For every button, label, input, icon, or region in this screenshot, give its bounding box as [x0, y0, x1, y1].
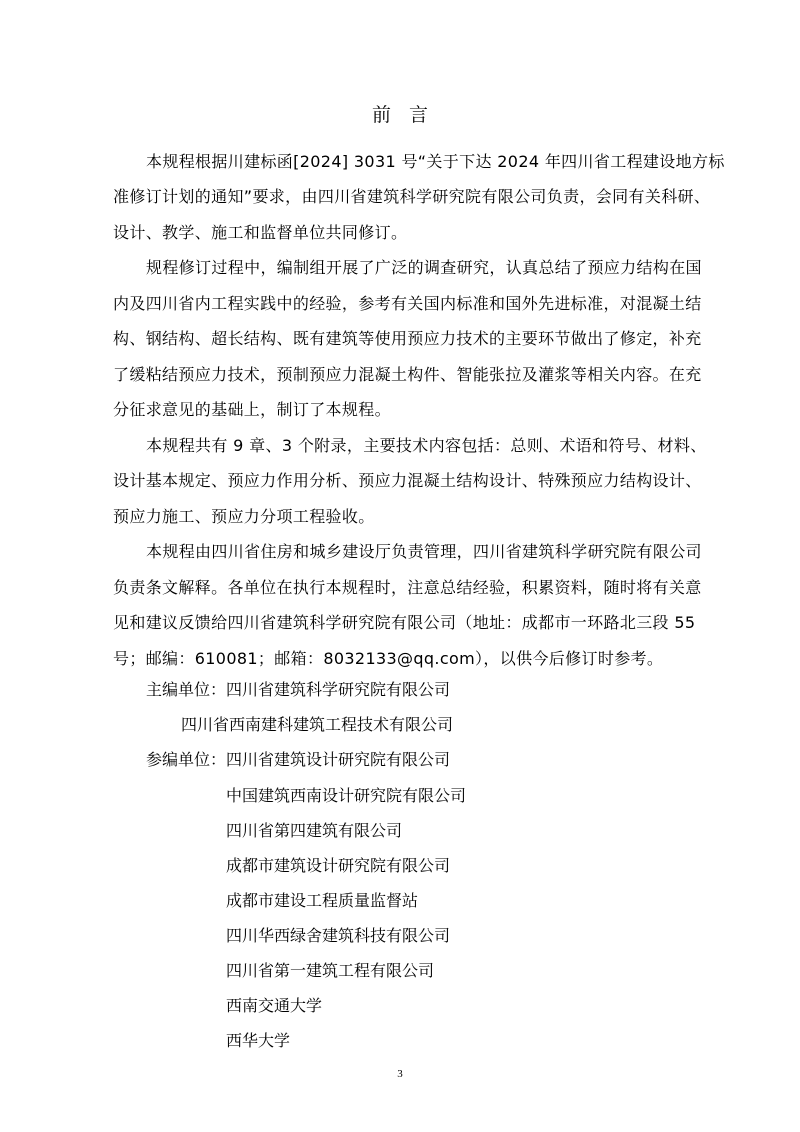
paragraph-4-line-4: 号；邮编：610081；邮箱：8032133@qq.com），以供今后修订时参考… [113, 649, 663, 669]
title-char-2: 言 [409, 104, 428, 126]
participating-unit: 四川省第一建筑工程有限公司 [226, 961, 434, 981]
paragraph-1-line-2: 准修订计划的通知”要求，由四川省建筑科学研究院有限公司负责，会同有关科研、 [113, 187, 710, 207]
participating-unit: 四川省建筑设计研究院有限公司 [226, 750, 450, 770]
participating-unit: 西华大学 [226, 1031, 290, 1051]
participating-unit: 四川省第四建筑有限公司 [226, 821, 402, 841]
document-page: 前言 本规程根据川建标函[2024] 3031 号“关于下达 2024 年四川省… [0, 0, 800, 1132]
chief-editor-unit: 四川省西南建科建筑工程技术有限公司 [181, 715, 453, 735]
paragraph-2-line-4: 了缓粘结预应力技术，预制预应力混凝土构件、智能张拉及灌浆等相关内容。在充 [113, 365, 702, 385]
participating-editors-label: 参编单位： [146, 750, 226, 770]
participating-unit: 成都市建设工程质量监督站 [226, 891, 418, 911]
chief-editors-label: 主编单位： [146, 680, 226, 700]
chief-editor-unit: 四川省建筑科学研究院有限公司 [226, 680, 450, 700]
title-char-1: 前 [372, 104, 391, 126]
paragraph-1-line-3: 设计、教学、施工和监督单位共同修订。 [113, 223, 407, 243]
participating-unit: 西南交通大学 [226, 996, 322, 1016]
paragraph-4-line-2: 负责条文解释。各单位在执行本规程时，注意总结经验，积累资料，随时将有关意 [113, 578, 702, 598]
paragraph-2-line-2: 内及四川省内工程实践中的经验，参考有关国内标准和国外先进标准，对混凝土结 [113, 294, 702, 314]
page-title: 前言 [0, 100, 800, 127]
paragraph-3-line-1: 本规程共有 9 章、3 个附录，主要技术内容包括：总则、术语和符号、材料、 [146, 436, 707, 456]
paragraph-3-line-2: 设计基本规定、预应力作用分析、预应力混凝土结构设计、特殊预应力结构设计、 [113, 471, 702, 491]
paragraph-2-line-5: 分征求意见的基础上，制订了本规程。 [113, 400, 391, 420]
paragraph-2-line-3: 构、钢结构、超长结构、既有建筑等使用预应力技术的主要环节做出了修定，补充 [113, 329, 702, 349]
paragraph-4-line-1: 本规程由四川省住房和城乡建设厅负责管理，四川省建筑科学研究院有限公司 [146, 542, 702, 562]
paragraph-4-line-3: 见和建议反馈给四川省建筑科学研究院有限公司（地址：成都市一环路北三段 55 [113, 613, 695, 633]
participating-unit: 中国建筑西南设计研究院有限公司 [226, 786, 466, 806]
paragraph-2-line-1: 规程修订过程中，编制组开展了广泛的调查研究，认真总结了预应力结构在国 [146, 258, 702, 278]
paragraph-3-line-3: 预应力施工、预应力分项工程验收。 [113, 507, 375, 527]
participating-unit: 四川华西绿舍建筑科技有限公司 [226, 926, 450, 946]
paragraph-1-line-1: 本规程根据川建标函[2024] 3031 号“关于下达 2024 年四川省工程建… [146, 152, 725, 172]
participating-unit: 成都市建筑设计研究院有限公司 [226, 856, 450, 876]
page-number: 3 [0, 1068, 800, 1080]
